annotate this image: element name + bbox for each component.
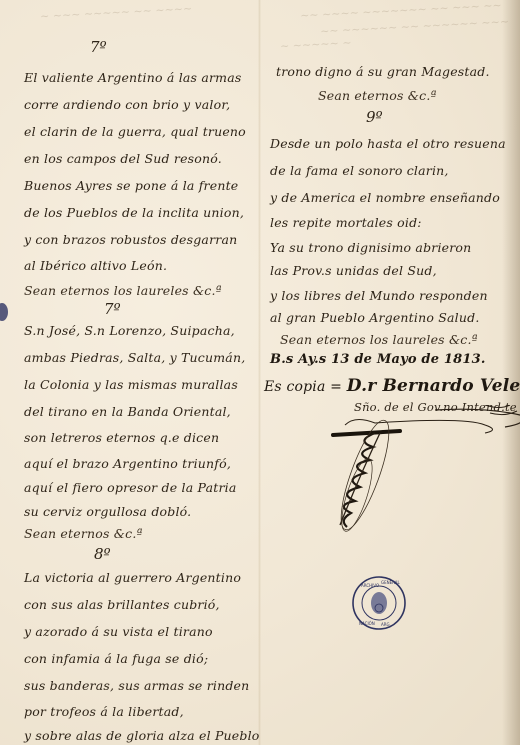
verse-line: Ya su trono dignisimo abrieron	[270, 240, 471, 255]
coat-of-arms-seal-icon: ARCHIVO GENERAL NACIÓN ARG.	[351, 575, 407, 631]
verse-line: de la fama el sonoro clarin,	[270, 163, 449, 178]
verse-line: son letreros eternos q.e dicen	[24, 430, 219, 445]
ink-blot	[0, 303, 8, 321]
bleed-through-text: ~ ~~~ ~~~~~ ~~ ~~~~	[40, 2, 193, 23]
date-line: B.s Ay.s 13 de Mayo de 1813.	[270, 352, 486, 367]
stanza-number: 7º	[104, 300, 121, 318]
signatory-name: D.r Bernardo Velez	[347, 376, 520, 396]
verse-line: sus banderas, sus armas se rinden	[24, 678, 249, 693]
chorus-line: Sean eternos los laureles &c.ª	[24, 283, 222, 298]
verse-line: trono digno á su gran Magestad.	[276, 64, 490, 79]
verse-line: les repite mortales oid:	[270, 215, 422, 230]
svg-text:NACIÓN: NACIÓN	[359, 621, 375, 626]
chorus-line: Sean eternos &c.ª	[318, 88, 437, 103]
verse-line: y sobre alas de gloria alza el Pueblo	[24, 728, 260, 743]
verse-line: aquí el fiero opresor de la Patria	[24, 480, 236, 495]
stanza-number: 7º	[90, 38, 107, 56]
stanza-number: 9º	[366, 108, 383, 126]
verse-line: al gran Pueblo Argentino Salud.	[270, 310, 480, 325]
verse-line: corre ardiendo con brio y valor,	[24, 97, 230, 112]
copy-attestation: Es copia = D.r Bernardo Velez	[264, 376, 520, 396]
verse-line: Desde un polo hasta el otro resuena	[270, 136, 506, 151]
verse-line: y azorado á su vista el tirano	[24, 624, 213, 639]
verse-line: y los libres del Mundo responden	[270, 288, 488, 303]
signature-flourish-icon	[285, 405, 520, 555]
verse-line: del tirano en la Banda Oriental,	[24, 404, 231, 419]
verse-line: su cerviz orgullosa dobló.	[24, 504, 191, 519]
verse-line: y con brazos robustos desgarran	[24, 232, 237, 247]
verse-line: y de America el nombre enseñando	[270, 190, 500, 205]
verse-line: La victoria al guerrero Argentino	[24, 570, 241, 585]
verse-line: Buenos Ayres se pone á la frente	[24, 178, 238, 193]
svg-text:ARCHIVO: ARCHIVO	[361, 583, 379, 588]
chorus-line: Sean eternos los laureles &c.ª	[280, 332, 478, 347]
verse-line: las Prov.s unidas del Sud,	[270, 263, 437, 278]
verse-line: El valiente Argentino á las armas	[24, 70, 241, 85]
verse-line: con infamia á la fuga se dió;	[24, 651, 208, 666]
svg-text:ARG.: ARG.	[381, 622, 391, 627]
svg-text:GENERAL: GENERAL	[381, 580, 401, 585]
verse-line: con sus alas brillantes cubrió,	[24, 597, 220, 612]
verse-line: al Ibérico altivo León.	[24, 258, 167, 273]
page-fold	[258, 0, 261, 745]
verse-line: en los campos del Sud resonó.	[24, 151, 222, 166]
copy-label: Es copia =	[264, 379, 342, 395]
verse-line: aquí el brazo Argentino triunfó,	[24, 456, 231, 471]
verse-line: por trofeos á la libertad,	[24, 704, 184, 719]
verse-line: de los Pueblos de la inclita union,	[24, 205, 244, 220]
bleed-through-text: ~ ~~~~~ ~	[280, 36, 352, 53]
stanza-number: 8º	[94, 545, 111, 563]
verse-line: la Colonia y las mismas murallas	[24, 377, 238, 392]
verse-line: el clarin de la guerra, qual trueno	[24, 124, 246, 139]
page-edge-shadow	[502, 0, 520, 745]
verse-line: S.n José, S.n Lorenzo, Suipacha,	[24, 323, 235, 338]
manuscript-page: ~ ~~~ ~~~~~ ~~ ~~~~ ~~ ~~~~ ~~~~~~~ ~~ ~…	[0, 0, 520, 745]
verse-line: ambas Piedras, Salta, y Tucumán,	[24, 350, 245, 365]
chorus-line: Sean eternos &c.ª	[24, 526, 143, 541]
